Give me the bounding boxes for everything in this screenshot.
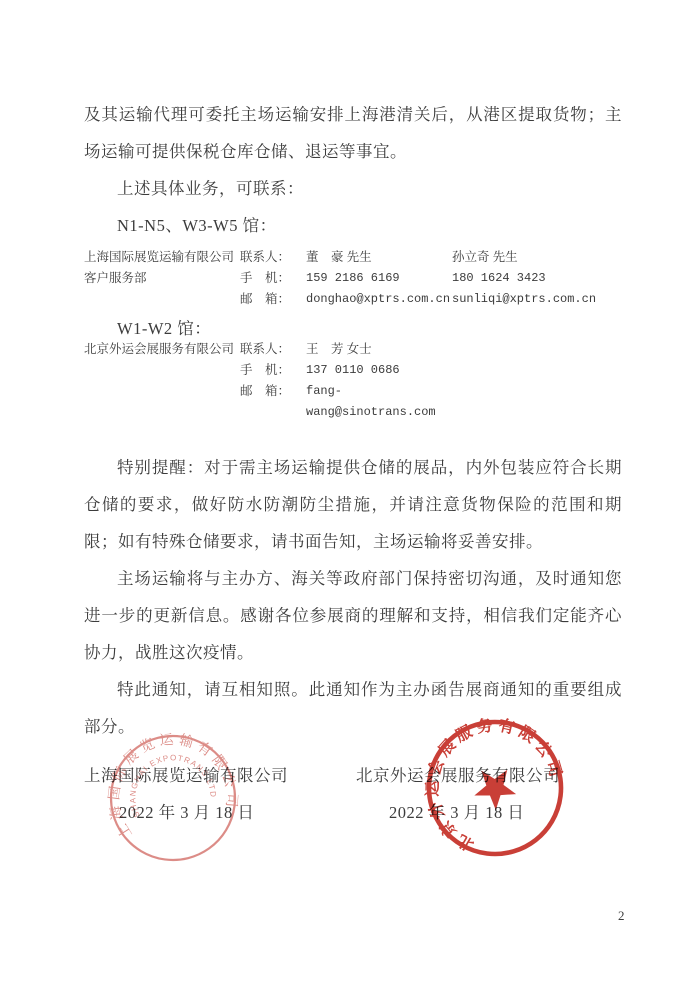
paragraph-continuation: 及其运输代理可委托主场运输安排上海港清关后，从港区提取货物；主场运输可提供保税仓…	[84, 96, 622, 170]
spacer-cell	[452, 360, 622, 381]
signature-company-shanghai: 上海国际展览运输有限公司	[84, 762, 288, 786]
spacer-cell	[84, 360, 240, 381]
contact-row: 手 机： 137 0110 0686	[84, 360, 622, 381]
contact-email: fang-wang@sinotrans.com	[306, 381, 452, 423]
contact-label-phone: 手 机：	[240, 268, 306, 289]
contact-label-name: 联系人：	[240, 247, 306, 268]
contact-person-name: 孙立奇 先生	[452, 247, 622, 268]
contact-person-name: 王 芳 女士	[306, 339, 452, 360]
contact-row: 北京外运会展服务有限公司 联系人： 王 芳 女士	[84, 339, 622, 360]
contact-company: 北京外运会展服务有限公司	[84, 339, 240, 360]
page-number: 2	[618, 908, 625, 924]
paragraph-special-reminder: 特别提醒：对于需主场运输提供仓储的展品，内外包装应符合长期仓储的要求，做好防水防…	[84, 449, 622, 560]
contact-label-phone: 手 机：	[240, 360, 306, 381]
contact-label-name: 联系人：	[240, 339, 306, 360]
contact-person-name: 董 豪 先生	[306, 247, 452, 268]
contact-block-beijing: 北京外运会展服务有限公司 联系人： 王 芳 女士 手 机： 137 0110 0…	[84, 339, 622, 423]
contact-row: 客户服务部 手 机： 159 2186 6169 180 1624 3423	[84, 268, 622, 289]
contact-label-email: 邮 箱：	[240, 289, 306, 310]
document-page: 及其运输代理可委托主场运输安排上海港清关后，从港区提取货物；主场运输可提供保税仓…	[0, 0, 700, 990]
paragraph-updates: 主场运输将与主办方、海关等政府部门保持密切沟通，及时通知您进一步的更新信息。感谢…	[84, 560, 622, 671]
contact-email: donghao@xptrs.com.cn	[306, 289, 452, 310]
contact-company: 上海国际展览运输有限公司	[84, 247, 240, 268]
contact-phone: 180 1624 3423	[452, 268, 622, 289]
contact-row: 上海国际展览运输有限公司 联系人： 董 豪 先生 孙立奇 先生	[84, 247, 622, 268]
contact-phone: 137 0110 0686	[306, 360, 452, 381]
spacer-cell	[452, 381, 622, 423]
document-body: 及其运输代理可委托主场运输安排上海港清关后，从港区提取货物；主场运输可提供保税仓…	[84, 96, 622, 745]
contact-phone: 159 2186 6169	[306, 268, 452, 289]
contact-block-shanghai: 上海国际展览运输有限公司 联系人： 董 豪 先生 孙立奇 先生 客户服务部 手 …	[84, 247, 622, 310]
contact-row: 邮 箱： fang-wang@sinotrans.com	[84, 381, 622, 423]
contact-department: 客户服务部	[84, 268, 240, 289]
spacer-cell	[84, 289, 240, 310]
paragraph-contact-intro: 上述具体业务，可联系：	[84, 170, 622, 207]
spacer-cell	[452, 339, 622, 360]
signature-date-shanghai: 2022 年 3 月 18 日	[119, 799, 254, 823]
contact-row: 邮 箱： donghao@xptrs.com.cn sunliqi@xptrs.…	[84, 289, 622, 310]
paragraph-closing: 特此通知，请互相知照。此通知作为主办函告展商通知的重要组成部分。	[84, 671, 622, 745]
shanghai-company-seal: 上海国际展览运输有限公司 SHANGHAI EXPOTRANS LTD	[98, 723, 248, 873]
spacer-cell	[84, 381, 240, 423]
hall-heading-n1n5-w3w5: N1-N5、W3-W5 馆：	[84, 207, 622, 244]
signature-date-beijing: 2022 年 3 月 18 日	[389, 799, 524, 823]
contact-email: sunliqi@xptrs.com.cn	[452, 289, 622, 310]
signature-company-beijing: 北京外运会展服务有限公司	[356, 762, 560, 786]
contact-label-email: 邮 箱：	[240, 381, 306, 423]
